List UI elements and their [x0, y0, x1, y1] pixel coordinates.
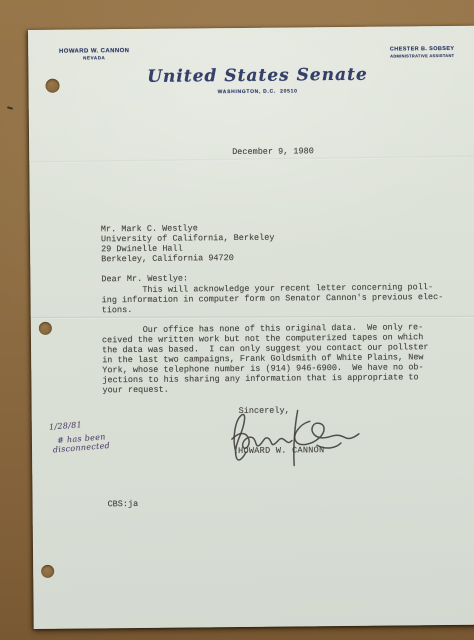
recipient-address: Mr. Mark C. Westlye University of Califo… [101, 223, 275, 265]
letterhead-sender-block: HOWARD W. CANNON NEVADA [54, 48, 134, 61]
letter-date: December 9, 1980 [232, 146, 314, 157]
letterhead-org-name: United States Senate [28, 64, 474, 88]
assistant-title: ADMINISTRATIVE ASSISTANT [380, 53, 464, 59]
background-speck [7, 106, 13, 109]
punch-hole-bottom [41, 565, 54, 578]
punch-hole-middle [39, 322, 52, 335]
letter-paper: HOWARD W. CANNON NEVADA CHESTER B. SOBSE… [28, 26, 474, 629]
assistant-name: CHESTER B. SOBSEY [380, 46, 464, 53]
fold-crease-lower [31, 315, 474, 319]
salutation: Dear Mr. Westlye: [101, 273, 188, 284]
letterhead-assistant-block: CHESTER B. SOBSEY ADMINISTRATIVE ASSISTA… [380, 46, 464, 59]
sender-name: HOWARD W. CANNON [54, 48, 134, 55]
reference-initials: CBS:ja [108, 499, 139, 509]
letterhead-center-block: United States Senate WASHINGTON, D.C. 20… [28, 64, 474, 97]
body-paragraph-1: This will acknowledge your recent letter… [101, 282, 443, 315]
body-paragraph-2: Our office has none of this original dat… [102, 322, 429, 395]
photo-background: HOWARD W. CANNON NEVADA CHESTER B. SOBSE… [0, 0, 474, 640]
handwritten-annotation: 1/28/81 # has been disconnected [45, 416, 137, 456]
letterhead-org-address: WASHINGTON, D.C. 20510 [29, 87, 474, 97]
sender-state: NEVADA [54, 55, 134, 61]
signature [222, 407, 363, 470]
